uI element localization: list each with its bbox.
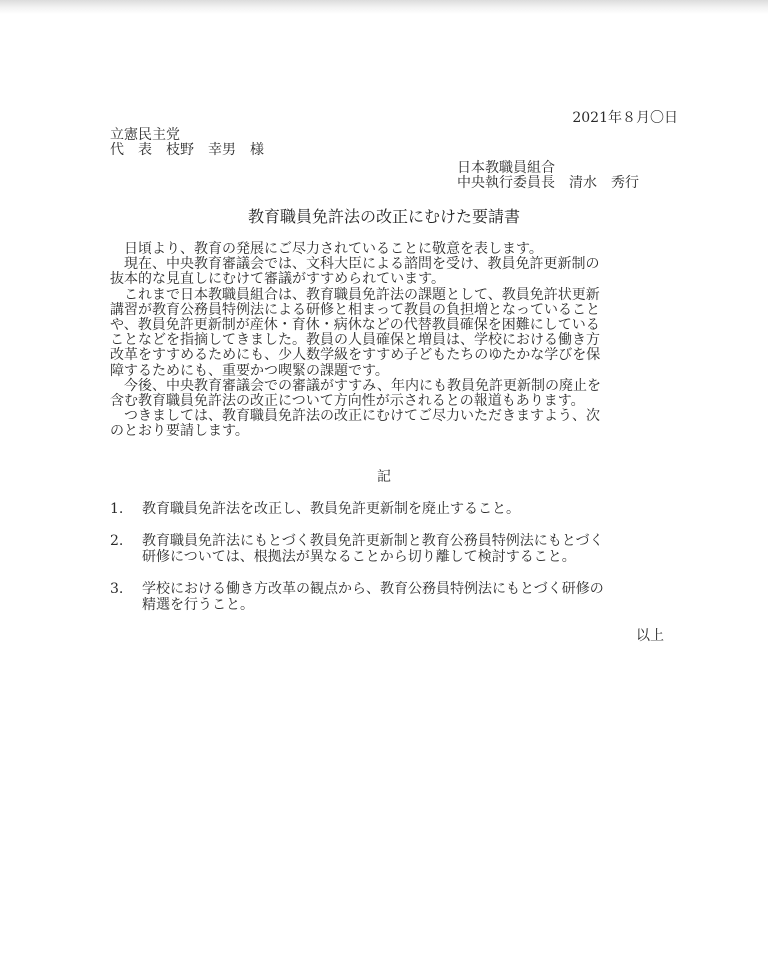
document-page: 2021年８月〇日 立憲民主党 代 表 枝野 幸男 様 日本教職員組合 中央執行… xyxy=(0,0,768,962)
recipient-block: 立憲民主党 代 表 枝野 幸男 様 xyxy=(110,128,264,158)
request-line: 教育職員免許法にもとづく教員免許更新制と教育公務員特例法にもとづく xyxy=(142,534,603,550)
request-line: 学校における働き方改革の観点から、教育公務員特例法にもとづく研修の xyxy=(142,582,604,598)
body-line: 今後、中央教育審議会での審議がすすみ、年内にも教員免許更新制の廃止を xyxy=(110,379,675,394)
recipient-organization: 立憲民主党 xyxy=(110,128,264,143)
body-paragraphs: 日頃より、教育の発展にご尽力されていることに敬意を表します。 現在、中央教育審議… xyxy=(110,242,675,439)
sender-block: 日本教職員組合 中央執行委員長 清水 秀行 xyxy=(457,161,639,191)
request-line: 教育職員免許法を改正し、教員免許更新制を廃止すること。 xyxy=(142,502,520,518)
body-line: つきましては、教育職員免許法の改正にむけてご尽力いただきますよう、次 xyxy=(110,409,675,424)
sender-organization: 日本教職員組合 xyxy=(457,161,639,176)
body-line: 改革をすすめるためにも、少人数学級をすすめ子どもたちのゆたかな学びを保 xyxy=(110,348,675,363)
request-number: 3. xyxy=(110,582,123,597)
ki-heading: 記 xyxy=(0,470,768,485)
body-line: のとおり要請します。 xyxy=(110,424,675,439)
request-number: 2. xyxy=(110,534,123,549)
document-date: 2021年８月〇日 xyxy=(572,111,678,126)
request-line: 研修については、根拠法が異なることから切り離して検討すること。 xyxy=(142,550,603,566)
body-line: 日頃より、教育の発展にご尽力されていることに敬意を表します。 xyxy=(110,242,675,257)
body-line: 障するためにも、重要かつ喫緊の課題です。 xyxy=(110,364,675,379)
request-number: 1. xyxy=(110,502,123,517)
body-line: 抜本的な見直しにむけて審議がすすめられています。 xyxy=(110,272,675,287)
document-title: 教育職員免許法の改正にむけた要請書 xyxy=(0,208,768,226)
body-line: これまで日本教職員組合は、教育職員免許法の課題として、教員免許状更新 xyxy=(110,288,675,303)
body-line: 含む教育職員免許法の改正について方向性が示されるとの報道もあります。 xyxy=(110,394,675,409)
body-line: 講習が教育公務員特例法による研修と相まって教員の負担増となっていること xyxy=(110,303,675,318)
recipient-name: 代 表 枝野 幸男 様 xyxy=(110,143,264,158)
body-line: や、教員免許更新制が産休・育休・病休などの代替教員確保を困難にしている xyxy=(110,318,675,333)
request-line: 精選を行うこと。 xyxy=(142,598,604,614)
sender-name: 中央執行委員長 清水 秀行 xyxy=(457,176,639,191)
closing-mark: 以上 xyxy=(636,629,664,644)
